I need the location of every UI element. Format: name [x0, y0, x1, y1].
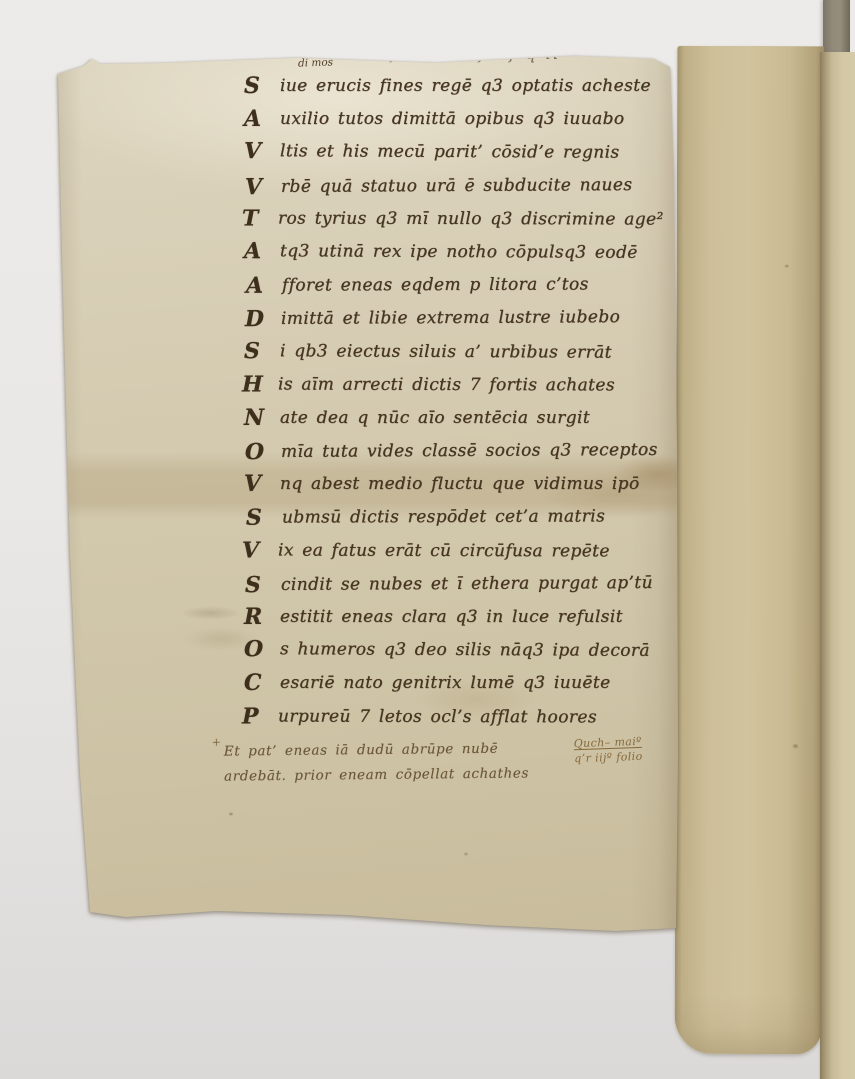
line-text: ate dea q nūc aīo sentēcia surgit [280, 406, 590, 439]
verse-line: Scindit se nubes et ī ethera purgat ap’t… [245, 571, 665, 606]
line-initial: A [244, 239, 280, 272]
line-text: ubmsū dictis respōdet cet’a matris [282, 505, 605, 539]
line-initial: R [244, 605, 280, 638]
line-initial: C [244, 671, 280, 704]
verse-line: Submsū dictis respōdet cet’a matris [246, 505, 666, 540]
line-text: uxilio tutos dimittā opibus q3 iuuabo [280, 107, 625, 140]
line-initial: A [244, 107, 280, 140]
margin-reference-note: Quch– maiº q’r iijº folio [573, 734, 642, 766]
line-initial: S [244, 74, 280, 107]
line-initial: S [246, 506, 282, 539]
addendum-line: ardebāt. prior eneam cōpellat achathes [224, 761, 529, 789]
line-text: imittā et libie extrema lustre iubebo [281, 305, 620, 340]
margin-note-line: q’r iijº folio [574, 749, 643, 766]
line-text: rbē quā statuo urā ē subducite naues [281, 173, 633, 208]
insertion-mark: + [212, 736, 221, 749]
manuscript-leaf: ıı ıııſ ııq ıııı ſ ııſ q ıı di mōs Siue … [56, 54, 678, 932]
verse-line: Atq3 utinā rex ipe notho cōpulsq3 eodē [244, 239, 664, 274]
verse-line: Dimittā et libie extrema lustre iubebo [245, 305, 665, 340]
line-initial: V [245, 174, 281, 207]
line-initial: V [242, 538, 278, 571]
verse-line: Cesariē nato genitrix lumē q3 iuuēte [244, 671, 664, 704]
line-text: estitit eneas clara q3 in luce refulsit [280, 605, 623, 638]
line-text: i qb3 eiectus siluis a’ urbibus errāt [280, 339, 612, 374]
line-text: iue erucis fines regē q3 optatis acheste [280, 74, 651, 107]
line-text: is aīm arrecti dictis 7 fortis achates [278, 372, 615, 406]
flyleaf-fore-edge [820, 52, 855, 1079]
line-initial: S [244, 339, 280, 372]
line-initial: T [242, 206, 278, 239]
verse-line: Vltis et his mecū parit’ cōsid’e regnis [244, 139, 664, 174]
verse-line: Tros tyrius q3 mī nullo q3 discrimine ag… [242, 206, 662, 240]
line-text: ros tyrius q3 mī nullo q3 discrimine age… [278, 206, 664, 240]
verse-line: His aīm arrecti dictis 7 fortis achates [242, 372, 662, 406]
interlinear-gloss: di mōs [298, 56, 333, 69]
line-initial: O [245, 440, 281, 473]
line-initial: P [242, 704, 278, 737]
trimmed-top-line: ıı ıııſ ııq ıııı ſ ııſ q ıı [346, 55, 656, 68]
verse-line: Os humeros q3 deo silis nāq3 ipa decorā [244, 637, 664, 672]
line-initial: O [244, 637, 280, 670]
line-text: nq abest medio fluctu que vidimus ipō [280, 472, 640, 505]
line-text: urpureū 7 letos ocl’s afflat hoores [278, 704, 597, 738]
line-initial: H [242, 372, 278, 405]
line-initial: A [246, 274, 282, 307]
verse-line: Restitit eneas clara q3 in luce refulsit [244, 605, 664, 638]
facing-leaf-fore-edge [675, 46, 825, 1054]
verse-block: Siue erucis fines regē q3 optatis achest… [244, 74, 664, 738]
verse-line: Auxilio tutos dimittā opibus q3 iuuabo [244, 107, 664, 140]
verse-line: Omīa tuta vides classē socios q3 recepto… [245, 438, 665, 473]
verse-line: Vnq abest medio fluctu que vidimus ipō [244, 472, 664, 505]
line-text: esariē nato genitrix lumē q3 iuuēte [280, 671, 611, 704]
verse-line: Afforet eneas eqdem p litora c’tos [246, 272, 666, 307]
addendum-line: Et pat’ eneas iā dudū abrūpe nubē [224, 736, 529, 764]
line-initial: V [244, 139, 280, 172]
verse-line: Vrbē quā statuo urā ē subducite naues [245, 172, 665, 207]
line-text: fforet eneas eqdem p litora c’tos [282, 273, 589, 307]
verse-line: Vix ea fatus erāt cū circūfusa repēte [242, 538, 662, 572]
line-text: tq3 utinā rex ipe notho cōpulsq3 eodē [280, 239, 638, 274]
line-initial: S [245, 573, 281, 606]
verse-line: Nate dea q nūc aīo sentēcia surgit [244, 406, 664, 439]
verse-line: Siue erucis fines regē q3 optatis achest… [244, 74, 664, 107]
line-initial: N [244, 406, 280, 439]
line-initial: D [245, 307, 281, 340]
manuscript-photograph: ıı ıııſ ııq ıııı ſ ııſ q ıı di mōs Siue … [0, 0, 855, 1079]
trimmed-top-line-fragment: ıı ıııſ ııq ıııı ſ ııſ q ıı [346, 55, 656, 64]
line-text: s humeros q3 deo silis nāq3 ipa decorā [280, 637, 650, 672]
manuscript-leaf-wrapper: ıı ıııſ ııq ıııı ſ ııſ q ıı di mōs Siue … [56, 54, 678, 932]
line-text: mīa tuta vides classē socios q3 receptos [281, 438, 658, 473]
line-initial: V [244, 472, 280, 505]
line-text: cindit se nubes et ī ethera purgat ap’tū [281, 571, 653, 606]
omitted-verses-addendum: + Et pat’ eneas iā dudū abrūpe nubē arde… [224, 736, 529, 789]
line-text: ix ea fatus erāt cū circūfusa repēte [278, 538, 610, 572]
line-text: ltis et his mecū parit’ cōsid’e regnis [280, 140, 620, 175]
show-through-smudge [181, 606, 241, 620]
verse-line: Purpureū 7 letos ocl’s afflat hoores [242, 704, 662, 738]
verse-line: Si qb3 eiectus siluis a’ urbibus errāt [244, 339, 664, 374]
